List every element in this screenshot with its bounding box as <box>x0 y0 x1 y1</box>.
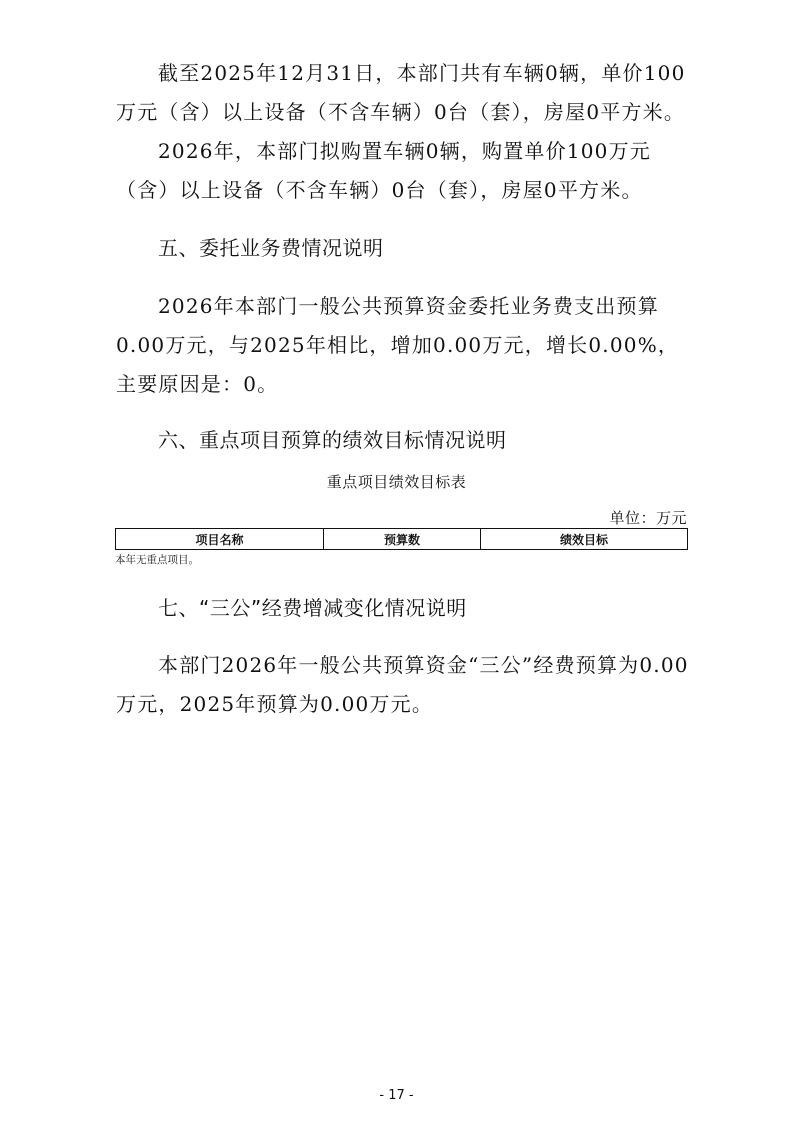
table-title: 重点项目绩效目标表 <box>0 471 793 492</box>
paragraph-text: 2026年，本部门拟购置车辆0辆，购置单价100万元（含）以上设备（不含车辆）0… <box>116 139 651 202</box>
section-heading-performance-goals: 六、重点项目预算的绩效目标情况说明 <box>158 424 507 453</box>
table-unit-label: 单位：万元 <box>609 507 687 528</box>
paragraph-text: 本部门2026年一般公共预算资金“三公”经费预算为0.00万元，2025年预算为… <box>116 653 689 716</box>
paragraph-text: 2026年本部门一般公共预算资金委托业务费支出预算0.00万元，与2025年相比… <box>116 294 679 396</box>
paragraph-entrusted-fees: 2026年本部门一般公共预算资金委托业务费支出预算0.00万元，与2025年相比… <box>116 287 690 404</box>
table-empty-note: 本年无重点项目。 <box>115 552 199 567</box>
paragraph-purchases-2026: 2026年，本部门拟购置车辆0辆，购置单价100万元（含）以上设备（不含车辆）0… <box>116 132 690 210</box>
performance-goals-table: 项目名称 预算数 绩效目标 <box>115 528 688 550</box>
paragraph-assets-2025: 截至2025年12月31日，本部门共有车辆0辆，单价100万元（含）以上设备（不… <box>116 54 690 132</box>
section-heading-three-public-expenses: 七、“三公”经费增减变化情况说明 <box>158 592 467 621</box>
paragraph-three-public-expenses: 本部门2026年一般公共预算资金“三公”经费预算为0.00万元，2025年预算为… <box>116 646 690 724</box>
page-number: - 17 - <box>0 1088 793 1103</box>
section-heading-entrusted-fees: 五、委托业务费情况说明 <box>158 232 384 261</box>
table-header-row: 项目名称 预算数 绩效目标 <box>116 529 688 550</box>
column-header-project-name: 项目名称 <box>116 529 324 550</box>
paragraph-text: 截至2025年12月31日，本部门共有车辆0辆，单价100万元（含）以上设备（不… <box>116 61 686 124</box>
column-header-budget: 预算数 <box>324 529 481 550</box>
column-header-performance-goal: 绩效目标 <box>481 529 688 550</box>
